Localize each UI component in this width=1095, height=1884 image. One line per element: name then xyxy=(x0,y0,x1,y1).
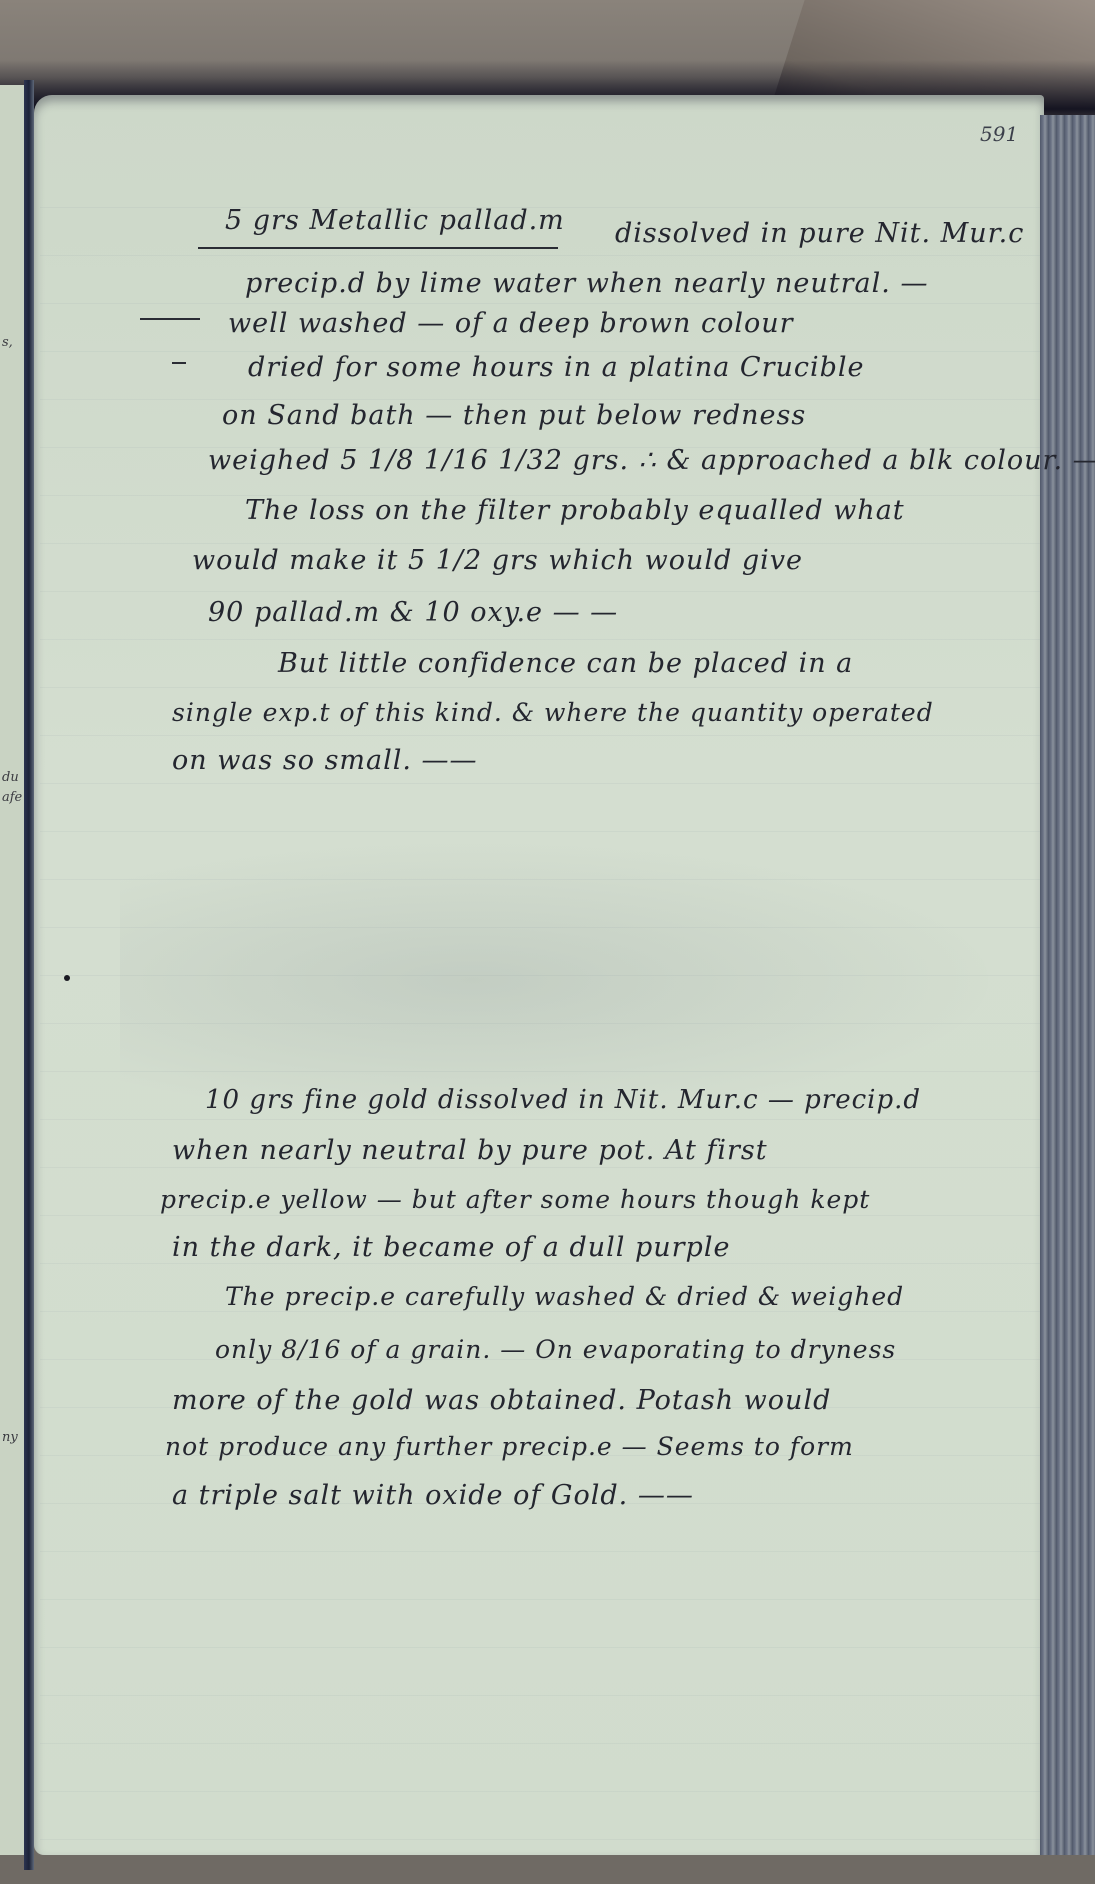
entry1-line: on was so small. —— xyxy=(172,745,478,776)
entry1-line: on Sand bath — then put below redness xyxy=(222,400,806,431)
entry1-line: well washed — of a deep brown colour xyxy=(228,308,794,339)
entry2-line: when nearly neutral by pure pot. At firs… xyxy=(172,1135,768,1166)
entry2-line: in the dark, it became of a dull purple xyxy=(172,1232,730,1263)
left-page-fragment: s, xyxy=(2,335,13,350)
entry2-line: 10 grs fine gold dissolved in Nit. Mur.c… xyxy=(205,1085,921,1115)
left-page-fragment: ny xyxy=(2,1430,18,1445)
entry1-line: The loss on the filter probably equalled… xyxy=(245,495,905,526)
margin-dash xyxy=(172,362,186,364)
entry1-line: 90 pallad.m & 10 oxy.e — — xyxy=(208,597,618,628)
entry1-line: dissolved in pure Nit. Mur.c xyxy=(615,218,1024,249)
entry1-line: dried for some hours in a platina Crucib… xyxy=(248,352,865,383)
heading-underline xyxy=(198,247,558,249)
book-gutter xyxy=(24,80,34,1870)
entry2-line: only 8/16 of a grain. — On evaporating t… xyxy=(215,1335,896,1364)
bleed-through-text xyxy=(120,840,1000,1120)
entry1-line: weighed 5 1/8 1/16 1/32 grs. ∴ & approac… xyxy=(208,445,1095,476)
ink-blot xyxy=(64,975,70,981)
left-page-fragment: afe xyxy=(2,790,22,805)
page-number: 591 xyxy=(980,122,1018,146)
entry2-line: not produce any further precip.e — Seems… xyxy=(165,1432,854,1461)
entry2-line: more of the gold was obtained. Potash wo… xyxy=(172,1385,831,1416)
entry1-heading: 5 grs Metallic pallad.m xyxy=(225,205,565,236)
entry2-line: a triple salt with oxide of Gold. —— xyxy=(172,1480,694,1511)
left-page-edge: s, du afe ny xyxy=(0,85,26,1855)
entry1-line: would make it 5 1/2 grs which would give xyxy=(192,545,803,576)
entry2-line: The precip.e carefully washed & dried & … xyxy=(225,1282,904,1311)
entry2-line: precip.e yellow — but after some hours t… xyxy=(160,1185,870,1214)
entry1-line: single exp.t of this kind. & where the q… xyxy=(172,698,934,727)
entry1-line: precip.d by lime water when nearly neutr… xyxy=(245,268,928,299)
entry1-line: But little confidence can be placed in a xyxy=(278,648,853,679)
left-page-fragment: du xyxy=(2,770,19,785)
page-stack-edge xyxy=(1040,115,1095,1855)
margin-dash xyxy=(140,318,200,320)
